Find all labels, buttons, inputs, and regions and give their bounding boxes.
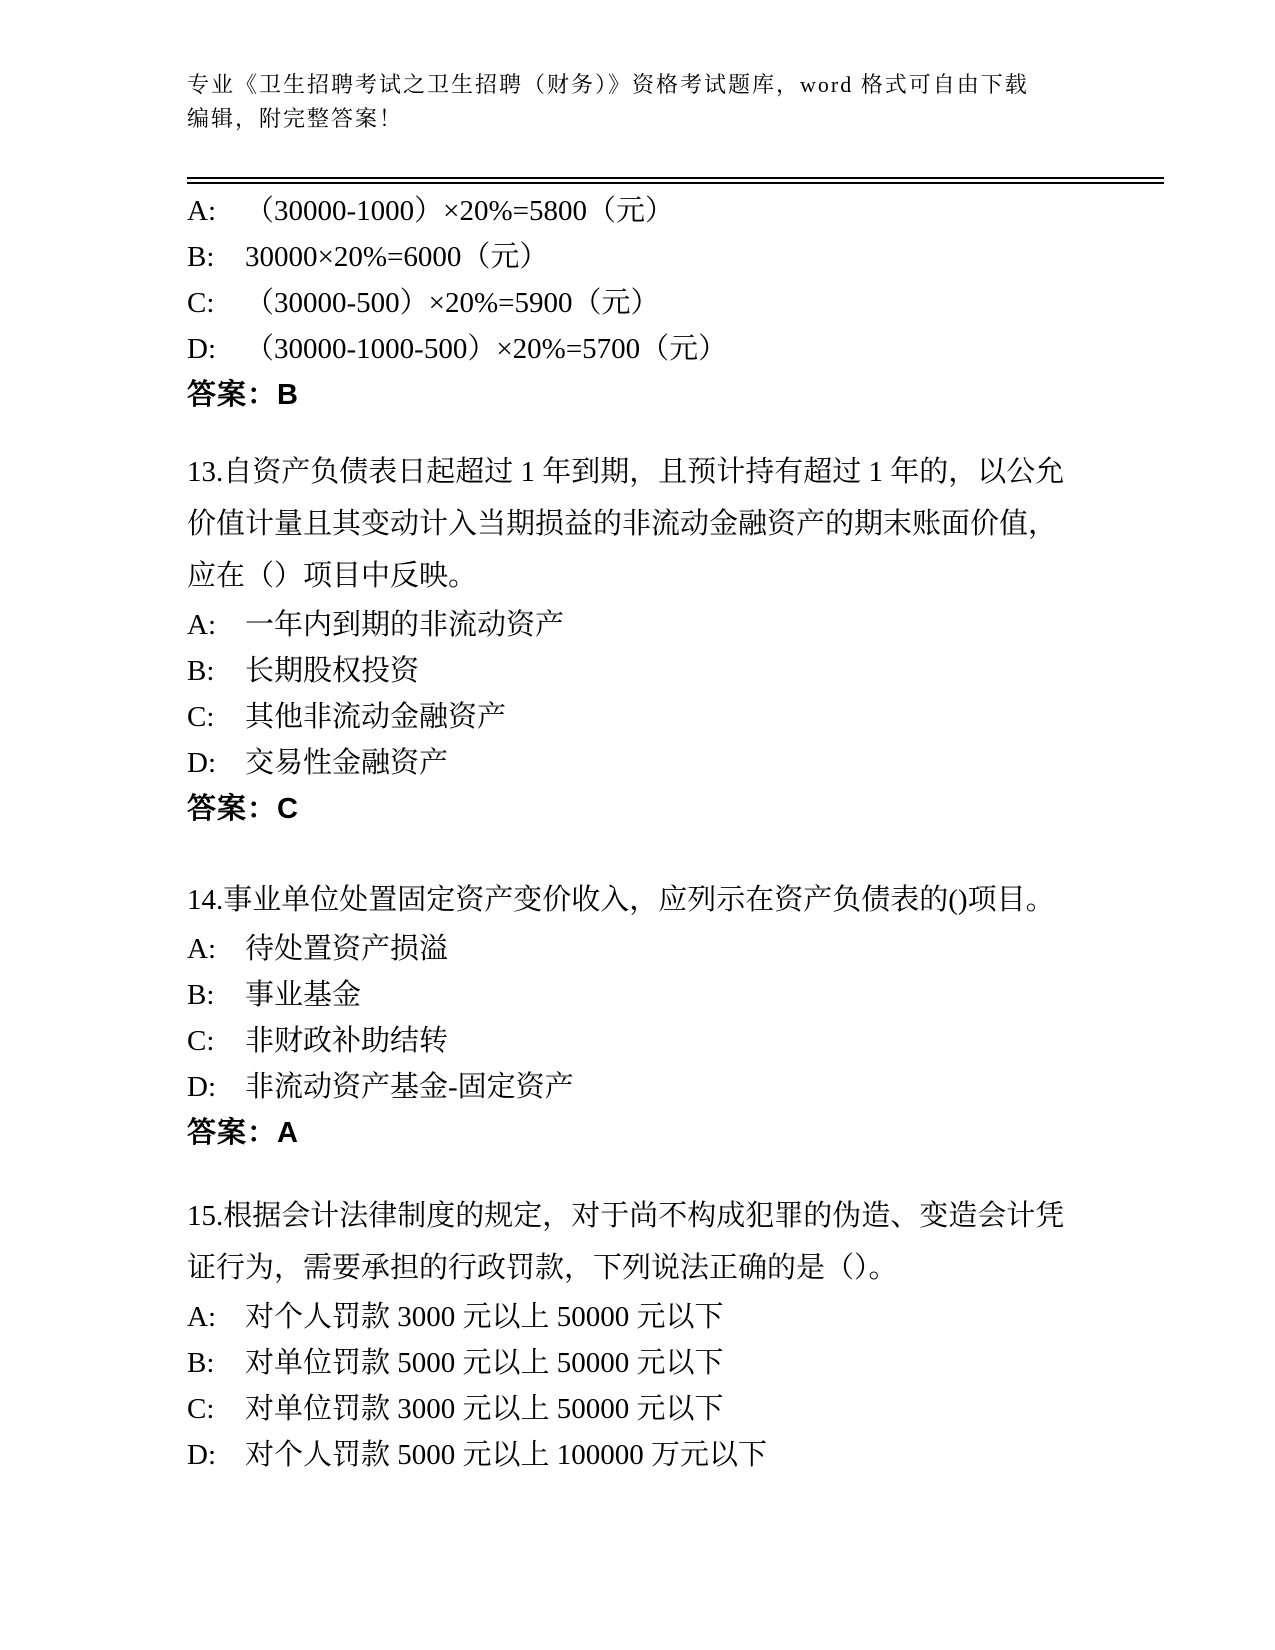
option-text: 对个人罚款 3000 元以上 50000 元以下 xyxy=(245,1301,724,1333)
option-label: C: xyxy=(187,280,245,326)
option-label: C: xyxy=(187,1386,245,1432)
option-text: 对单位罚款 5000 元以上 50000 元以下 xyxy=(245,1347,724,1379)
option-row: D:对个人罚款 5000 元以上 100000 万元以下 xyxy=(187,1432,1102,1478)
document-page: 专业《卫生招聘考试之卫生招聘（财务）》资格考试题库，word 格式可自由下载 编… xyxy=(0,0,1275,1650)
question-block-12: A:（30000-1000）×20%=5800（元） B:30000×20%=6… xyxy=(187,188,1102,418)
option-label: D: xyxy=(187,1064,245,1110)
header-double-rule xyxy=(187,177,1164,184)
option-text: 对单位罚款 3000 元以上 50000 元以下 xyxy=(245,1393,724,1425)
option-row: B:长期股权投资 xyxy=(187,648,1102,694)
answer-row: 答案：B xyxy=(187,372,1102,418)
option-text: 待处置资产损溢 xyxy=(245,933,448,965)
option-label: A: xyxy=(187,1294,245,1340)
option-text: 其他非流动金融资产 xyxy=(245,701,506,733)
answer-label: 答案： xyxy=(187,1117,277,1149)
option-text: （30000-1000-500）×20%=5700（元） xyxy=(245,333,727,365)
header-line-2: 编辑，附完整答案！ xyxy=(187,102,1057,136)
option-label: B: xyxy=(187,1340,245,1386)
question-stem-line: 14.事业单位处置固定资产变价收入，应列示在资产负债表的()项目。 xyxy=(187,874,1102,926)
answer-row: 答案：A xyxy=(187,1110,1102,1156)
page-header: 专业《卫生招聘考试之卫生招聘（财务）》资格考试题库，word 格式可自由下载 编… xyxy=(187,68,1057,136)
question-stem-line: 证行为，需要承担的行政罚款，下列说法正确的是（）。 xyxy=(187,1242,1102,1294)
option-text: 交易性金融资产 xyxy=(245,747,448,779)
option-label: A: xyxy=(187,188,245,234)
option-row: A:（30000-1000）×20%=5800（元） xyxy=(187,188,1102,234)
option-row: D:交易性金融资产 xyxy=(187,740,1102,786)
option-row: D:（30000-1000-500）×20%=5700（元） xyxy=(187,326,1102,372)
option-text: 对个人罚款 5000 元以上 100000 万元以下 xyxy=(245,1439,767,1471)
option-text: （30000-1000）×20%=5800（元） xyxy=(245,195,674,227)
header-line-1: 专业《卫生招聘考试之卫生招聘（财务）》资格考试题库，word 格式可自由下载 xyxy=(187,68,1057,102)
option-label: C: xyxy=(187,1018,245,1064)
option-row: C:非财政补助结转 xyxy=(187,1018,1102,1064)
option-label: C: xyxy=(187,694,245,740)
option-text: 长期股权投资 xyxy=(245,655,419,687)
question-stem-line: 15.根据会计法律制度的规定，对于尚不构成犯罪的伪造、变造会计凭 xyxy=(187,1190,1102,1242)
answer-value: B xyxy=(277,379,299,411)
answer-value: A xyxy=(277,1117,299,1149)
option-row: A:一年内到期的非流动资产 xyxy=(187,602,1102,648)
option-row: D:非流动资产基金-固定资产 xyxy=(187,1064,1102,1110)
option-label: D: xyxy=(187,1432,245,1478)
option-label: B: xyxy=(187,648,245,694)
option-label: A: xyxy=(187,602,245,648)
option-text: （30000-500）×20%=5900（元） xyxy=(245,287,660,319)
answer-value: C xyxy=(277,793,299,825)
question-block-15: 15.根据会计法律制度的规定，对于尚不构成犯罪的伪造、变造会计凭 证行为，需要承… xyxy=(187,1190,1102,1478)
question-stem-line: 13.自资产负债表日起超过 1 年到期，且预计持有超过 1 年的，以公允 xyxy=(187,446,1102,498)
option-label: D: xyxy=(187,740,245,786)
option-row: C:其他非流动金融资产 xyxy=(187,694,1102,740)
question-stem-line: 价值计量且其变动计入当期损益的非流动金融资产的期末账面价值， xyxy=(187,498,1102,550)
option-label: B: xyxy=(187,972,245,1018)
option-text: 事业基金 xyxy=(245,979,361,1011)
option-label: A: xyxy=(187,926,245,972)
option-label: D: xyxy=(187,326,245,372)
option-row: B:对单位罚款 5000 元以上 50000 元以下 xyxy=(187,1340,1102,1386)
option-row: B:30000×20%=6000（元） xyxy=(187,234,1102,280)
answer-row: 答案：C xyxy=(187,786,1102,832)
option-text: 非流动资产基金-固定资产 xyxy=(245,1071,574,1103)
question-block-13: 13.自资产负债表日起超过 1 年到期，且预计持有超过 1 年的，以公允 价值计… xyxy=(187,446,1102,832)
option-row: A:对个人罚款 3000 元以上 50000 元以下 xyxy=(187,1294,1102,1340)
option-row: C:对单位罚款 3000 元以上 50000 元以下 xyxy=(187,1386,1102,1432)
answer-label: 答案： xyxy=(187,793,277,825)
option-text: 30000×20%=6000（元） xyxy=(245,241,548,273)
option-row: A:待处置资产损溢 xyxy=(187,926,1102,972)
question-block-14: 14.事业单位处置固定资产变价收入，应列示在资产负债表的()项目。 A:待处置资… xyxy=(187,874,1102,1156)
option-row: B:事业基金 xyxy=(187,972,1102,1018)
option-row: C:（30000-500）×20%=5900（元） xyxy=(187,280,1102,326)
option-label: B: xyxy=(187,234,245,280)
option-text: 非财政补助结转 xyxy=(245,1025,448,1057)
answer-label: 答案： xyxy=(187,379,277,411)
option-text: 一年内到期的非流动资产 xyxy=(245,609,564,641)
question-stem-line: 应在（）项目中反映。 xyxy=(187,550,1102,602)
